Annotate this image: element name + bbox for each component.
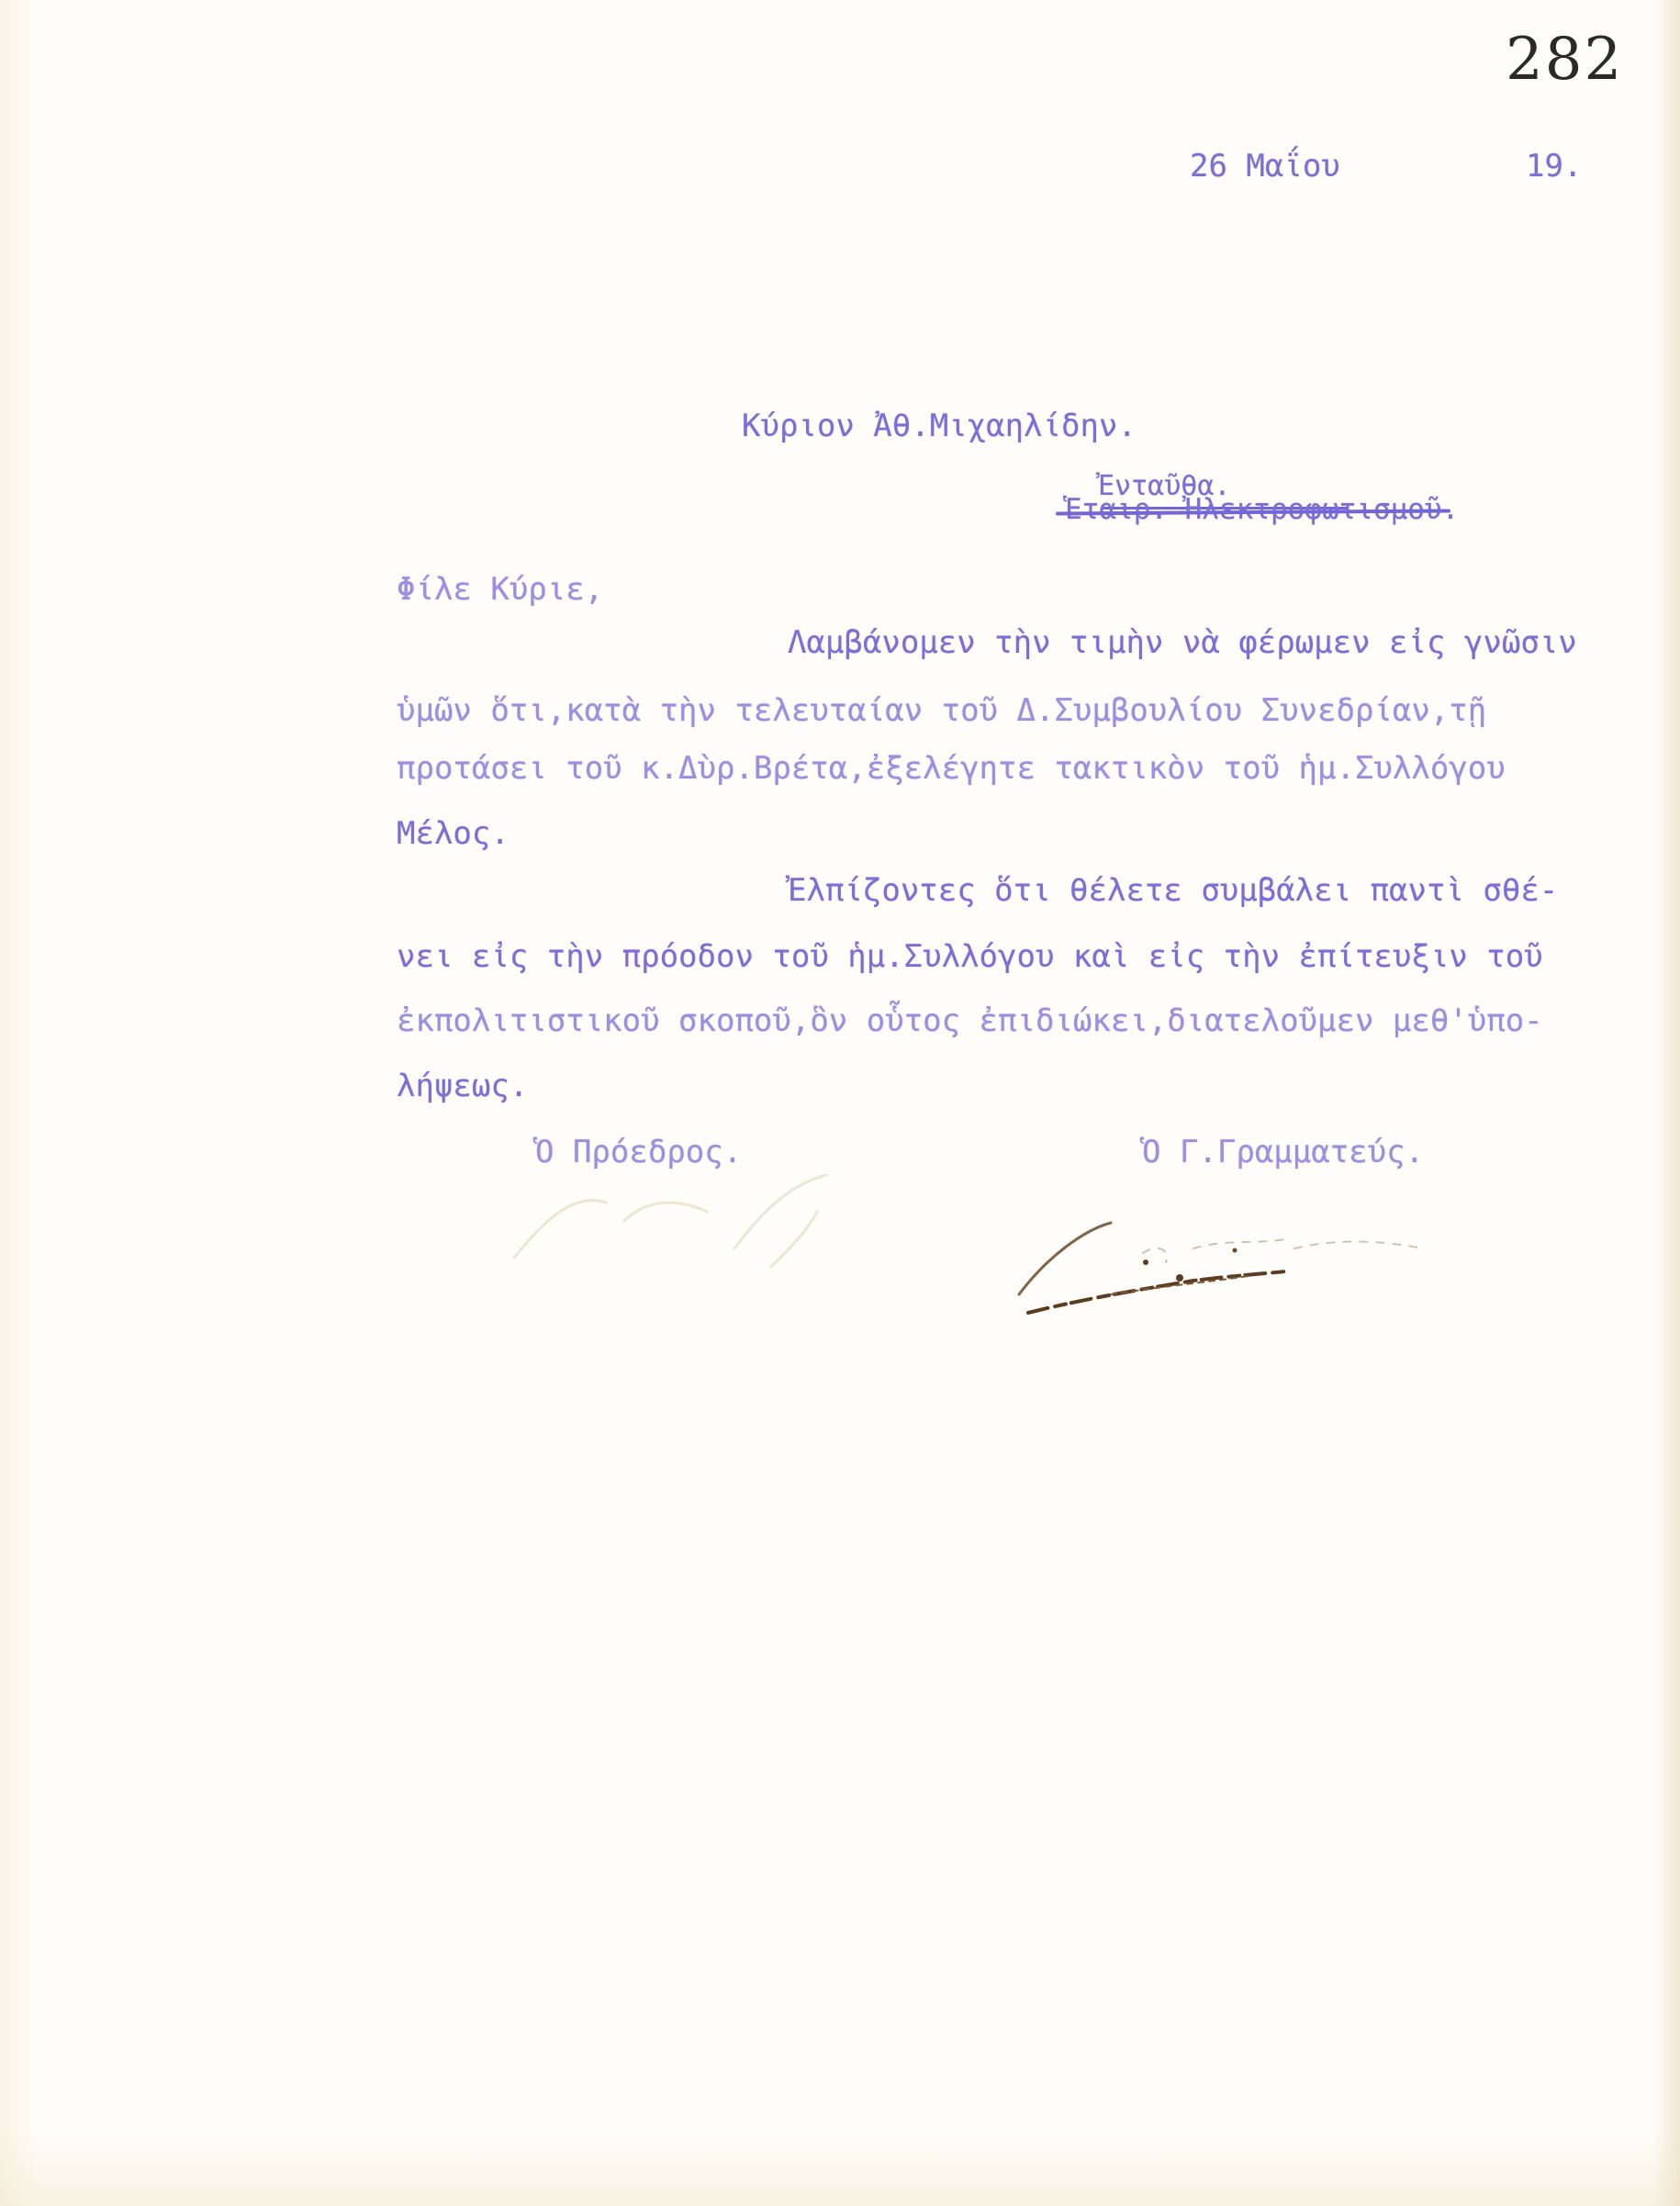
- signature-label-secretary: Ὁ Γ.Γραμματεύς.: [1142, 1137, 1424, 1168]
- paragraph-1-line: Μέλος.: [397, 818, 510, 849]
- date-day-month: 26 Μαΐου: [1190, 151, 1340, 182]
- paragraph-2-line: λήψεως.: [397, 1070, 528, 1102]
- recipient-name: Κύριον Ἀθ.Μιχαηλίδην.: [742, 410, 1137, 442]
- paragraph-2-line: Ἐλπίζοντες ὅτι θέλετε συμβάλει παντὶ σθέ…: [788, 875, 1558, 906]
- letter-page: [0, 0, 1680, 2206]
- paragraph-1-line: ὑμῶν ὅτι,κατὰ τὴν τελευταίαν τοῦ Δ.Συμβο…: [397, 695, 1486, 726]
- secretary-signature: [1010, 1212, 1469, 1340]
- paragraph-1-line: Λαμβάνομεν τὴν τιμὴν νὰ φέρωμεν εἰς γνῶσ…: [788, 627, 1577, 658]
- date-year: 19.: [1526, 151, 1582, 182]
- salutation: Φίλε Κύριε,: [397, 574, 603, 605]
- president-signature-faded: [496, 1157, 863, 1294]
- paragraph-2-line: ἐκπολιτιστικοῦ σκοποῦ,ὃν οὗτος ἐπιδιώκει…: [397, 1005, 1543, 1036]
- page-number: 282: [1506, 26, 1623, 94]
- paragraph-2-line: νει εἰς τὴν πρόοδον τοῦ ἡμ.Συλλόγου καὶ …: [397, 941, 1543, 972]
- paragraph-1-line: προτάσει τοῦ κ.Δὺρ.Βρέτα,ἐξελέγητε τακτι…: [397, 753, 1506, 784]
